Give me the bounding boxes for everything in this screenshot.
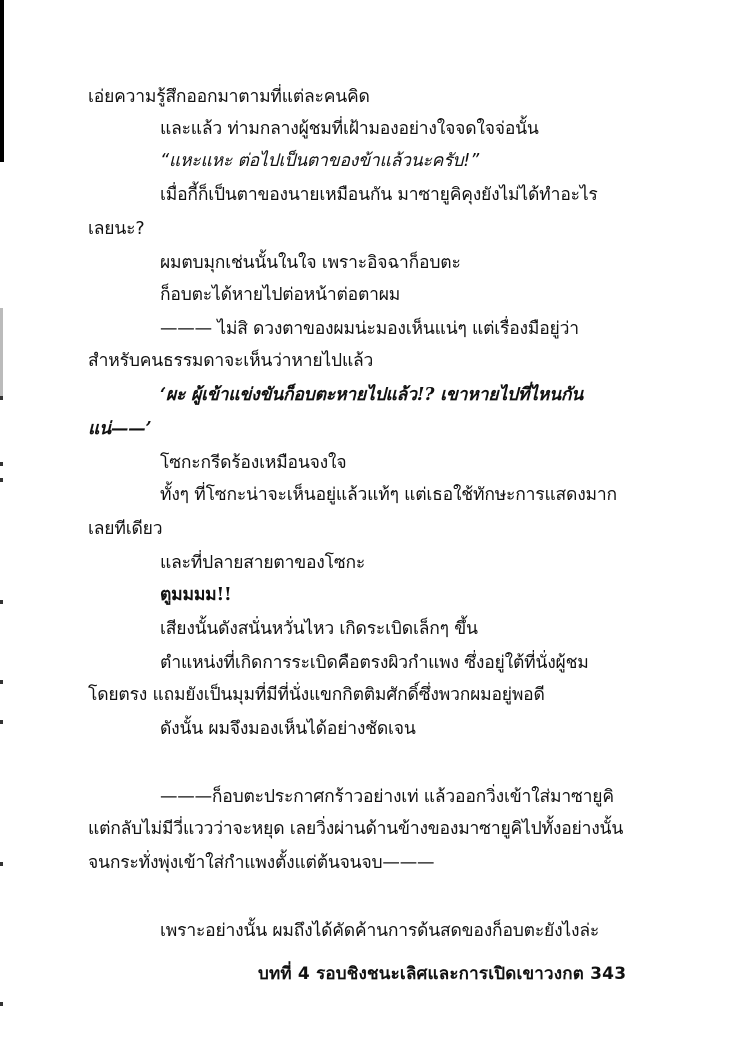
paragraph-line: เมื่อกี้ก็เป็นตาของนายเหมือนกัน มาซายูคิ… [160, 184, 598, 206]
paragraph-line: สำหรับคนธรรมดาจะเห็นว่าหายไปแล้ว [88, 350, 373, 372]
paragraph-line: เพราะอย่างนั้น ผมถึงได้คัดค้านการด้นสดขอ… [160, 920, 599, 942]
paragraph-line: ทั้งๆ ที่โซกะน่าจะเห็นอยู่แล้วแท้ๆ แต่เธ… [160, 484, 617, 506]
paragraph-line: เลยนะ? [88, 218, 144, 240]
paragraph-line: เสียงนั้นดังสนั่นหวั่นไหว เกิดระเบิดเล็ก… [160, 618, 478, 640]
paragraph-line: แต่กลับไม่มีวี่แววว่าจะหยุด เลยวิ่งผ่านด… [88, 818, 623, 840]
paragraph-line: และที่ปลายสายตาของโซกะ [160, 552, 365, 574]
page-footer: บทที่ 4 รอบชิงชนะเลิศและการเปิดเขาวงกต 3… [258, 960, 626, 987]
sound-effect-line: ตูมมมม!! [160, 584, 231, 606]
paragraph-line: และแล้ว ท่ามกลางผู้ชมที่เฝ้ามองอย่างใจจด… [160, 118, 539, 140]
paragraph-line: โซกะกรีดร้องเหมือนจงใจ [160, 452, 346, 474]
scan-edge-dot [0, 478, 3, 482]
announcer-line: ‘ผะ ผู้เข้าแข่งขันก็อบตะหายไปแล้ว!? เขาห… [160, 384, 583, 406]
dialogue-line: “แหะแหะ ต่อไปเป็นตาของข้าแล้วนะครับ!” [160, 150, 479, 172]
paragraph-line: ดังนั้น ผมจึงมองเห็นได้อย่างชัดเจน [160, 718, 416, 740]
paragraph-line: ผมตบมุกเช่นนั้นในใจ เพราะอิจฉาก็อบตะ [160, 252, 461, 274]
scan-edge-dot [0, 462, 3, 466]
scan-edge-dot [0, 1002, 3, 1006]
scan-edge-dot [0, 396, 3, 400]
paragraph-line: ก็อบตะได้หายไปต่อหน้าต่อตาผม [160, 284, 400, 306]
scan-edge-dot [0, 862, 3, 866]
chapter-title: บทที่ 4 รอบชิงชนะเลิศและการเปิดเขาวงกต [258, 964, 584, 984]
paragraph-line: ——— ไม่สิ ดวงตาของผมน่ะมองเห็นแน่ๆ แต่เร… [160, 318, 579, 340]
scan-edge-mark [0, 308, 3, 398]
scan-edge-dot [0, 600, 3, 604]
scan-edge-mark [0, 0, 4, 162]
paragraph-line: ———ก็อบตะประกาศกร้าวอย่างเท่ แล้วออกวิ่ง… [160, 786, 614, 808]
scan-edge-dot [0, 680, 3, 684]
paragraph-line: เลยทีเดียว [88, 518, 162, 540]
paragraph-line: โดยตรง แถมยังเป็นมุมที่มีที่นั่งแขกกิตติ… [88, 684, 545, 706]
paragraph-line: ตำแหน่งที่เกิดการระเบิดคือตรงผิวกำแพง ซึ… [160, 652, 589, 674]
page-number: 343 [590, 964, 626, 984]
paragraph-line: เอ่ยความรู้สึกออกมาตามที่แต่ละคนคิด [88, 86, 370, 108]
paragraph-line: จนกระทั่งพุ่งเข้าใส่กำแพงตั้งแต่ต้นจนจบ—… [88, 852, 434, 874]
announcer-line: แน่——’ [88, 418, 151, 440]
scan-edge-dot [0, 720, 3, 724]
